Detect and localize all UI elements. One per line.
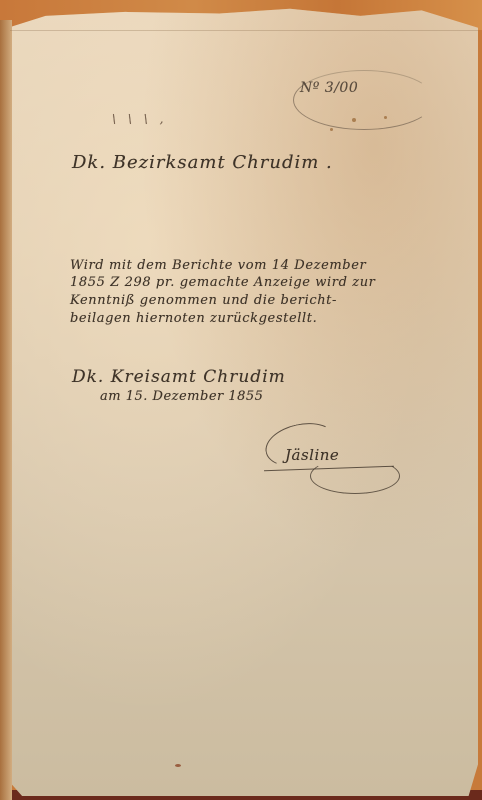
ink-spot (352, 118, 356, 122)
closing-office: Dk. Kreisamt Chrudim (72, 367, 286, 387)
stain (175, 764, 181, 767)
body-line-3: Kenntniß genommen und die bericht- (70, 293, 337, 308)
reference-number: Nº 3/00 (300, 80, 358, 96)
fold-line (10, 30, 478, 31)
margin-marks: \ \ \ , (112, 112, 167, 126)
body-line-1: Wird mit dem Berichte vom 14 Dezember (70, 258, 366, 273)
ink-spot (384, 116, 387, 119)
addressee-heading: Dk. Bezirksamt Chrudim . (72, 152, 333, 173)
closing-date: am 15. Dezember 1855 (100, 389, 263, 404)
signature-flourish-bottom (310, 458, 400, 494)
reference-oval (293, 70, 435, 130)
ink-spot (330, 128, 333, 131)
page-edge (0, 20, 12, 800)
body-line-2: 1855 Z 298 pr. gemachte Anzeige wird zur (70, 275, 376, 290)
body-line-4: beilagen hiernoten zurückgestellt. (70, 311, 317, 326)
